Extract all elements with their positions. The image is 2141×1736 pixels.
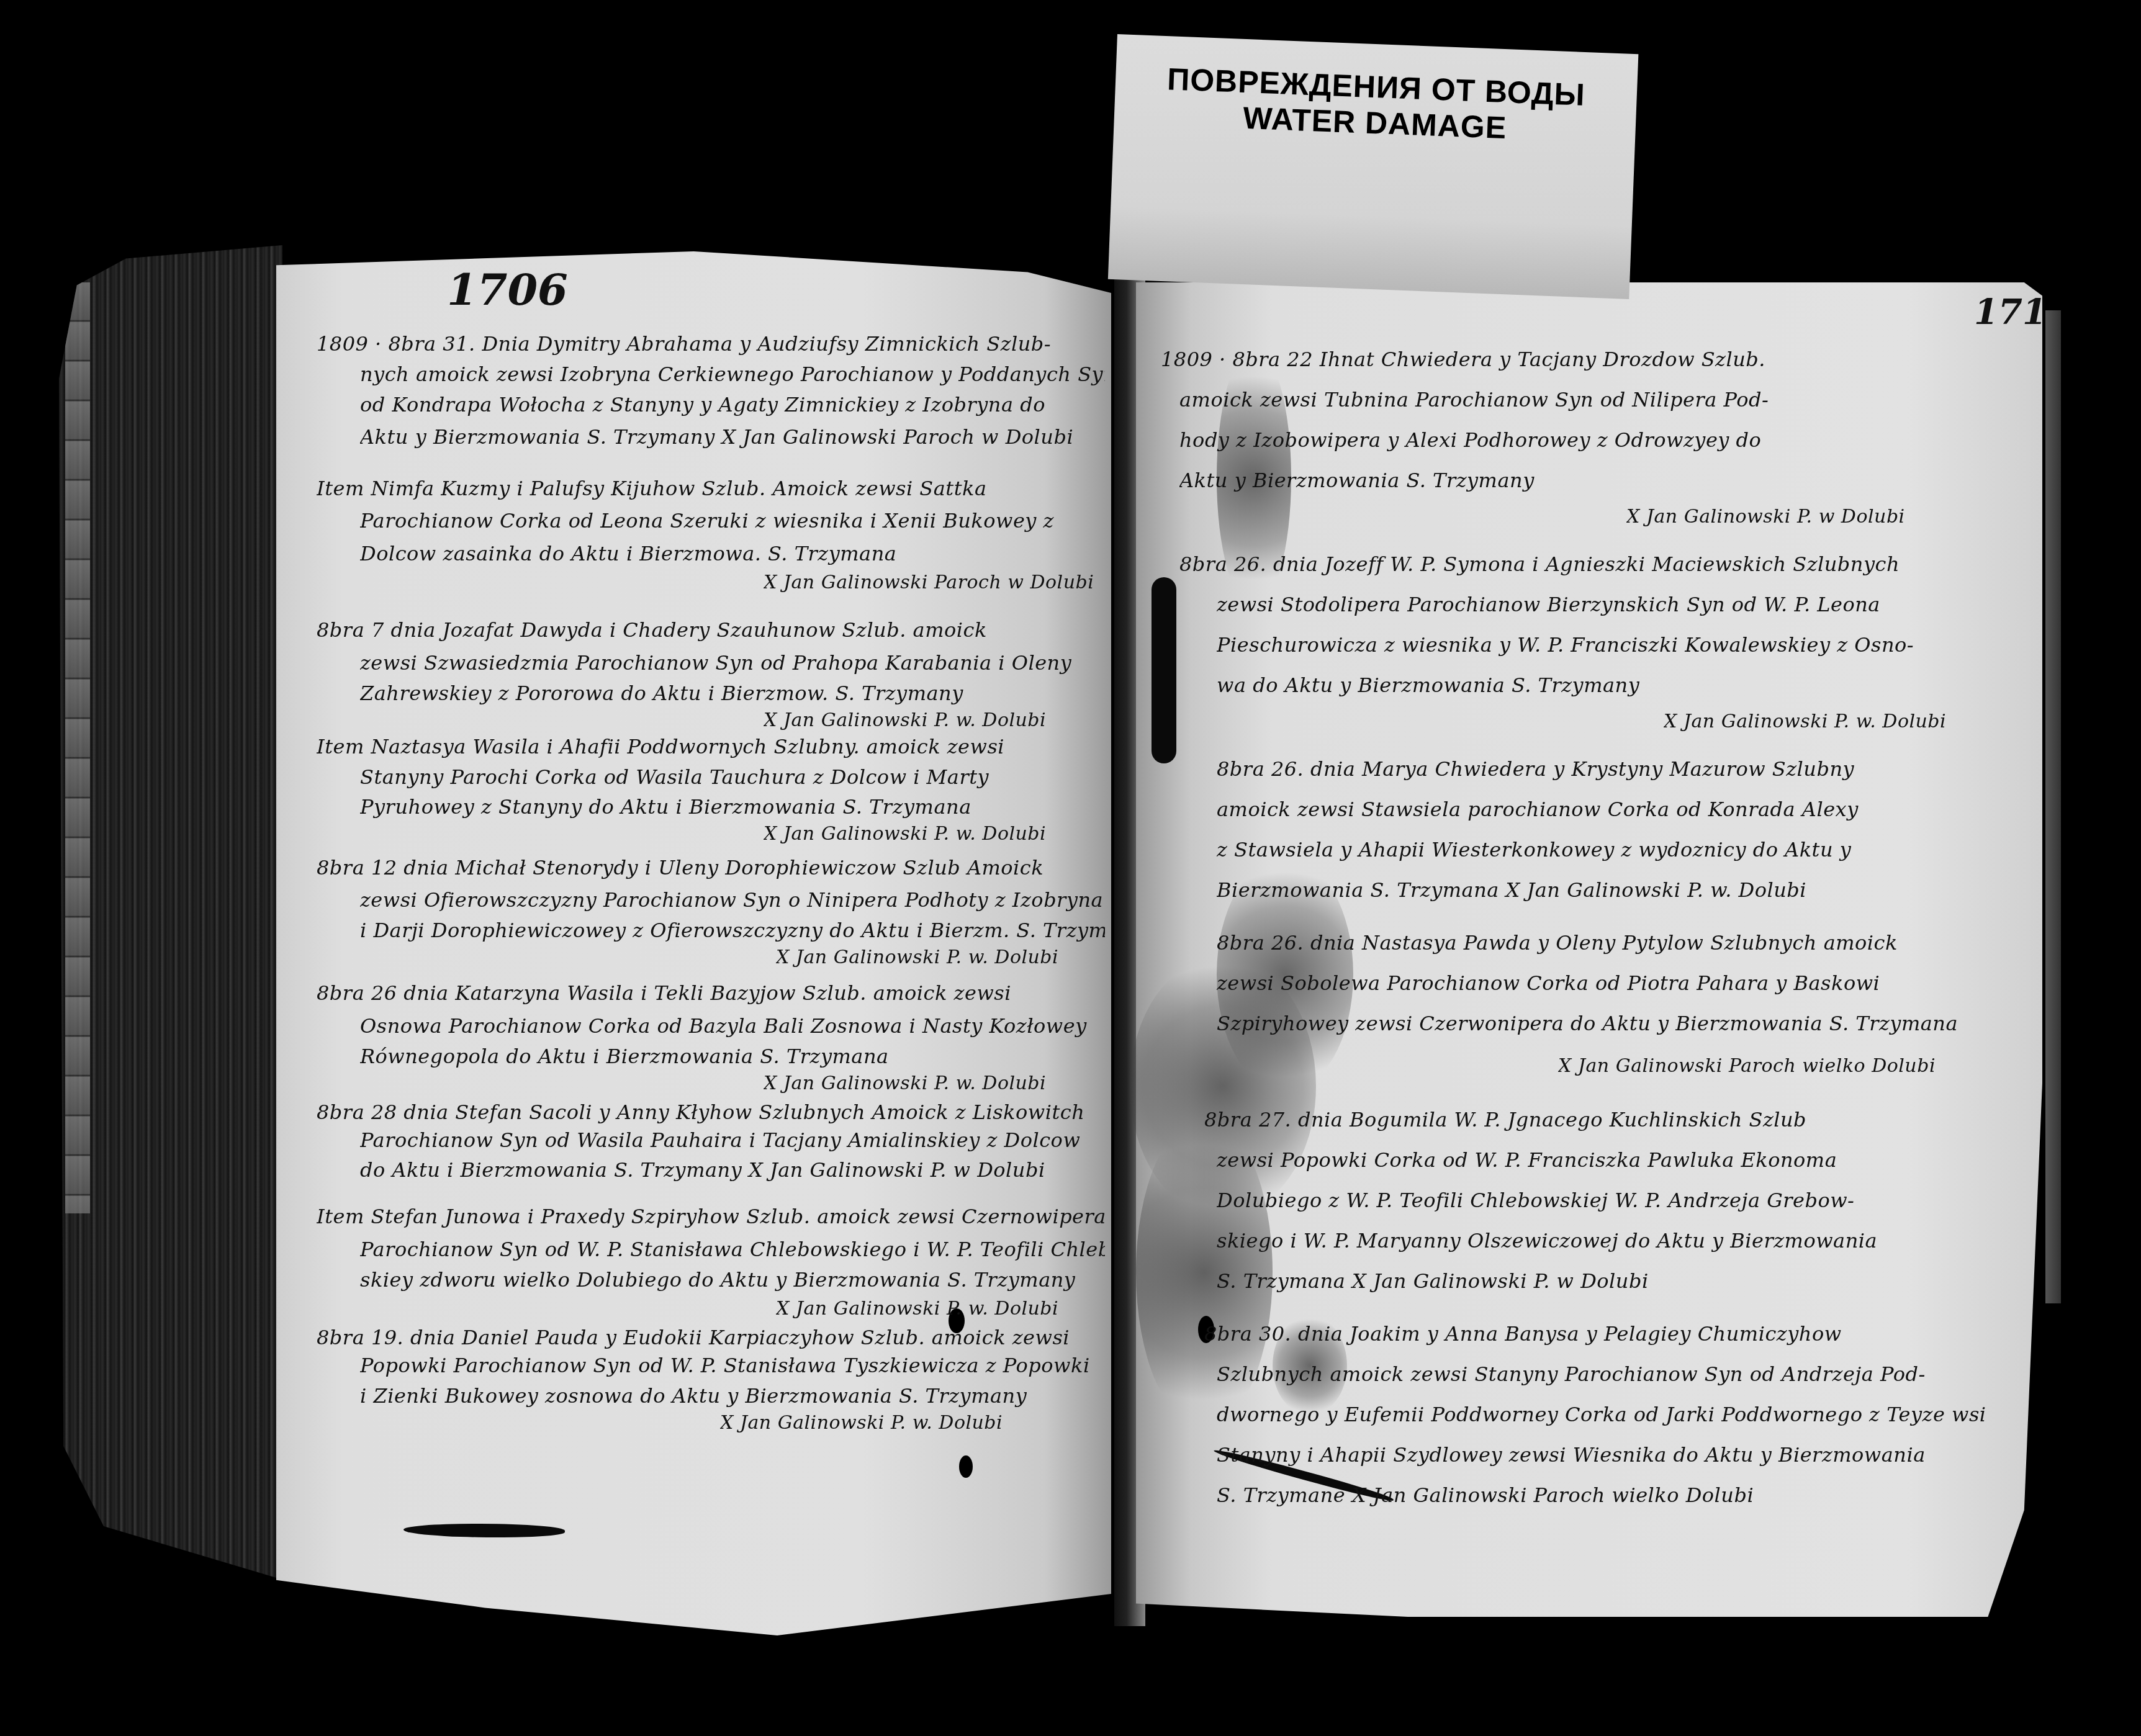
register-line: Parochianow Syn od W. P. Stanisława Chle… — [360, 1238, 1105, 1261]
register-line: X Jan Galinowski P. w. Dolubi — [776, 947, 1058, 968]
register-line: Stanyny Parochi Corka od Wasila Tauchura… — [360, 765, 989, 789]
register-line: 8bra 26. dnia Nastasya Pawda y Oleny Pyt… — [1217, 931, 1898, 955]
register-line: 8bra 30. dnia Joakim y Anna Banysa y Pel… — [1204, 1322, 1842, 1346]
register-line: Osnowa Parochianow Corka od Bazyla Bali … — [360, 1014, 1087, 1038]
register-line: Aktu y Bierzmowania S. Trzymany — [1179, 469, 1535, 492]
register-line: zewsi Popowki Corka od W. P. Franciszka … — [1217, 1148, 1837, 1172]
register-line: 8bra 26. dnia Jozeff W. P. Symona i Agni… — [1179, 552, 1900, 576]
register-line: Pyruhowey z Stanyny do Aktu i Bierzmowan… — [360, 795, 971, 819]
register-line: zewsi Szwasiedzmia Parochianow Syn od Pr… — [360, 651, 1071, 675]
register-line: Szlubnych amoick zewsi Stanyny Parochian… — [1217, 1362, 1926, 1386]
right-page-number: 171 — [1974, 292, 2047, 333]
register-line: X Jan Galinowski P. w. Dolubi — [764, 823, 1046, 845]
register-line: amoick zewsi Stawsiela parochianow Corka… — [1217, 798, 1859, 821]
register-line: do Aktu i Bierzmowania S. Trzymany X Jan… — [360, 1158, 1045, 1182]
register-line: Dolcow zasainka do Aktu i Bierzmowa. S. … — [360, 542, 896, 565]
register-line: od Kondrapa Wołocha z Stanyny y Agaty Zi… — [360, 393, 1045, 416]
register-line: Aktu y Bierzmowania S. Trzymany X Jan Ga… — [360, 425, 1073, 449]
register-line: wa do Aktu y Bierzmowania S. Trzymany — [1217, 673, 1639, 697]
register-line: 8bra 28 dnia Stefan Sacoli y Anny Kłyhow… — [317, 1100, 1084, 1124]
register-line: Zahrewskiey z Pororowa do Aktu i Bierzmo… — [360, 681, 963, 705]
register-line: 1809 · 8bra 31. Dnia Dymitry Abrahama y … — [317, 332, 1051, 356]
register-line: Parochianow Syn od Wasila Pauhaira i Tac… — [360, 1128, 1080, 1152]
register-line: 1809 · 8bra 22 Ihnat Chwiedera y Tacjany… — [1161, 348, 1765, 371]
water-damage-label: ПОВРЕЖДЕНИЯ ОТ ВОДЫ WATER DAMAGE — [1108, 34, 1639, 299]
register-line: Dolubiego z W. P. Teofili Chlebowskiej W… — [1217, 1189, 1854, 1212]
right-page-edge — [2045, 310, 2061, 1303]
page-edge-stack — [59, 245, 282, 1580]
register-line: hody z Izobowipera y Alexi Podhorowey z … — [1179, 428, 1761, 452]
register-line: Item Naztasya Wasila i Ahafii Poddwornyc… — [317, 735, 1004, 758]
register-line: z Stawsiela y Ahapii Wiesterkonkowey z w… — [1217, 838, 1851, 861]
register-line: Pieschurowicza z wiesnika y W. P. Franci… — [1217, 633, 1914, 657]
register-line: S. Trzymane X Jan Galinowski Paroch wiel… — [1217, 1483, 1754, 1507]
register-line: Item Nimfa Kuzmy i Palufsy Kijuhow Szlub… — [317, 477, 987, 500]
register-line: X Jan Galinowski Paroch wielko Dolubi — [1558, 1055, 1936, 1077]
register-line: Item Stefan Junowa i Praxedy Szpiryhow S… — [317, 1205, 1105, 1228]
register-line: X Jan Galinowski Paroch w Dolubi — [764, 572, 1094, 593]
register-line: amoick zewsi Tubnina Parochianow Syn od … — [1179, 388, 1769, 412]
register-line: 8bra 7 dnia Jozafat Dawyda i Chadery Sza… — [317, 618, 987, 642]
register-line: X Jan Galinowski P. w. Dolubi — [720, 1412, 1003, 1434]
register-line: Równegopola do Aktu i Bierzmowania S. Tr… — [360, 1045, 889, 1068]
register-line: zewsi Sobolewa Parochianow Corka od Piot… — [1217, 971, 1880, 995]
register-line: Stanyny i Ahapii Szydlowey zewsi Wiesnik… — [1217, 1443, 1926, 1467]
register-line: dwornego y Eufemii Poddworney Corka od J… — [1217, 1403, 1986, 1426]
book-binding — [65, 282, 90, 1213]
register-line: 8bra 26 dnia Katarzyna Wasila i Tekli Ba… — [317, 981, 1011, 1005]
register-line: X Jan Galinowski P. w. Dolubi — [764, 1073, 1046, 1094]
register-line: Popowki Parochianow Syn od W. P. Stanisł… — [360, 1354, 1090, 1377]
register-line: zewsi Stodolipera Parochianow Bierzynski… — [1217, 593, 1880, 616]
register-line: S. Trzymana X Jan Galinowski P. w Dolubi — [1217, 1269, 1649, 1293]
register-line: 8bra 19. dnia Daniel Pauda y Eudokii Kar… — [317, 1326, 1070, 1349]
left-page-number: 1706 — [447, 264, 568, 315]
register-line: Szpiryhowey zewsi Czerwonipera do Aktu y… — [1217, 1012, 1958, 1035]
register-line: X Jan Galinowski P. w. Dolubi — [764, 709, 1046, 731]
register-line: nych amoick zewsi Izobryna Cerkiewnego P… — [360, 362, 1105, 386]
register-line: 8bra 12 dnia Michał Stenorydy i Uleny Do… — [317, 856, 1043, 879]
register-line: 8bra 26. dnia Marya Chwiedera y Krystyny… — [1217, 757, 1854, 781]
register-line: i Zienki Bukowey zosnowa do Aktu y Bierz… — [360, 1384, 1027, 1408]
register-line: zewsi Ofierowszczyzny Parochianow Syn o … — [360, 888, 1103, 912]
ink-blot — [1152, 577, 1176, 763]
register-line: skiego i W. P. Maryanny Olszewiczowej do… — [1217, 1229, 1877, 1253]
register-line: X Jan Galinowski P. w. Dolubi — [776, 1298, 1058, 1320]
paper-hole — [959, 1455, 973, 1478]
register-line: skiey zdworu wielko Dolubiego do Aktu y … — [360, 1268, 1075, 1292]
scanned-register-spread: ПОВРЕЖДЕНИЯ ОТ ВОДЫ WATER DAMAGE 1706 17… — [0, 0, 2141, 1736]
register-line: X Jan Galinowski P. w Dolubi — [1626, 506, 1905, 528]
register-line: X Jan Galinowski P. w. Dolubi — [1664, 711, 1946, 732]
register-line: Parochianow Corka od Leona Szeruki z wie… — [360, 509, 1054, 533]
register-line: i Darji Dorophiewiczowey z Ofierowszczyz… — [360, 919, 1105, 942]
register-line: 8bra 27. dnia Bogumila W. P. Jgnacego Ku… — [1204, 1108, 1806, 1131]
register-line: Bierzmowania S. Trzymana X Jan Galinowsk… — [1217, 878, 1806, 902]
